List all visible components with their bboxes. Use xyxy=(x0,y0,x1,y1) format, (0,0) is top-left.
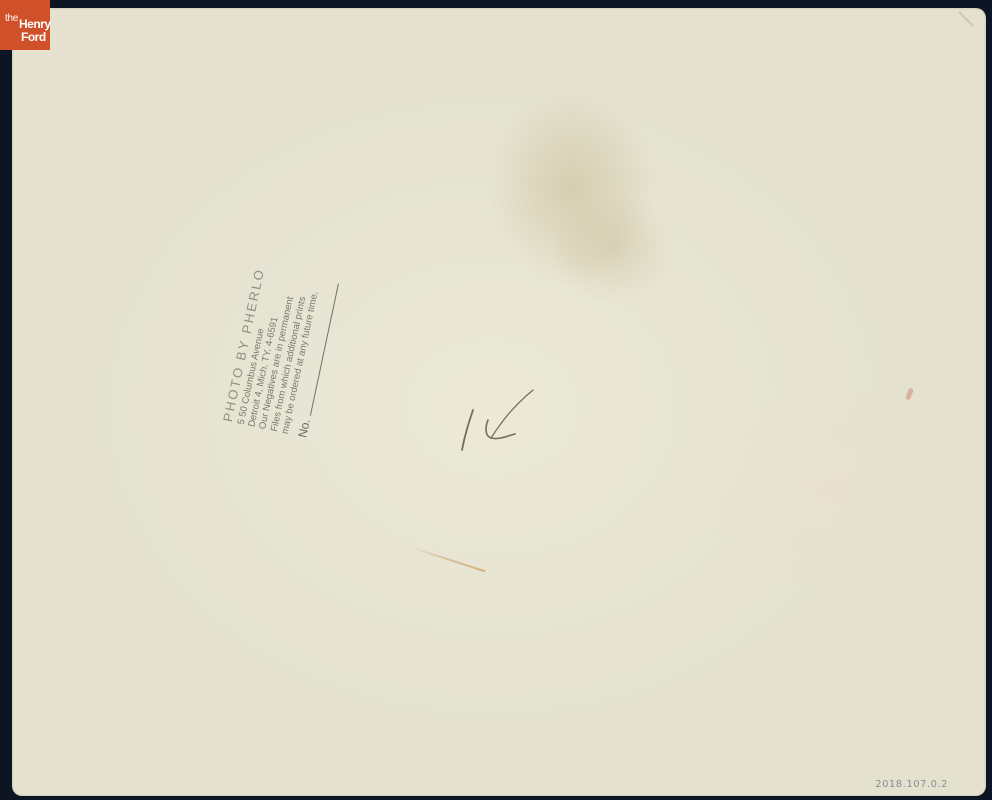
stain-mark xyxy=(409,546,486,573)
logo-line-henry: Henry xyxy=(19,18,51,30)
logo-line-ford: Ford xyxy=(21,31,46,43)
handwritten-mark xyxy=(455,388,555,458)
handwritten-mark-drawing xyxy=(455,388,555,458)
accession-number: 2018.107.0.2 xyxy=(875,779,948,790)
stain-mark-pink xyxy=(905,388,914,401)
logo-line-the: the xyxy=(5,14,18,24)
henry-ford-logo: the Henry Ford xyxy=(0,0,50,50)
corner-crease xyxy=(958,11,974,27)
